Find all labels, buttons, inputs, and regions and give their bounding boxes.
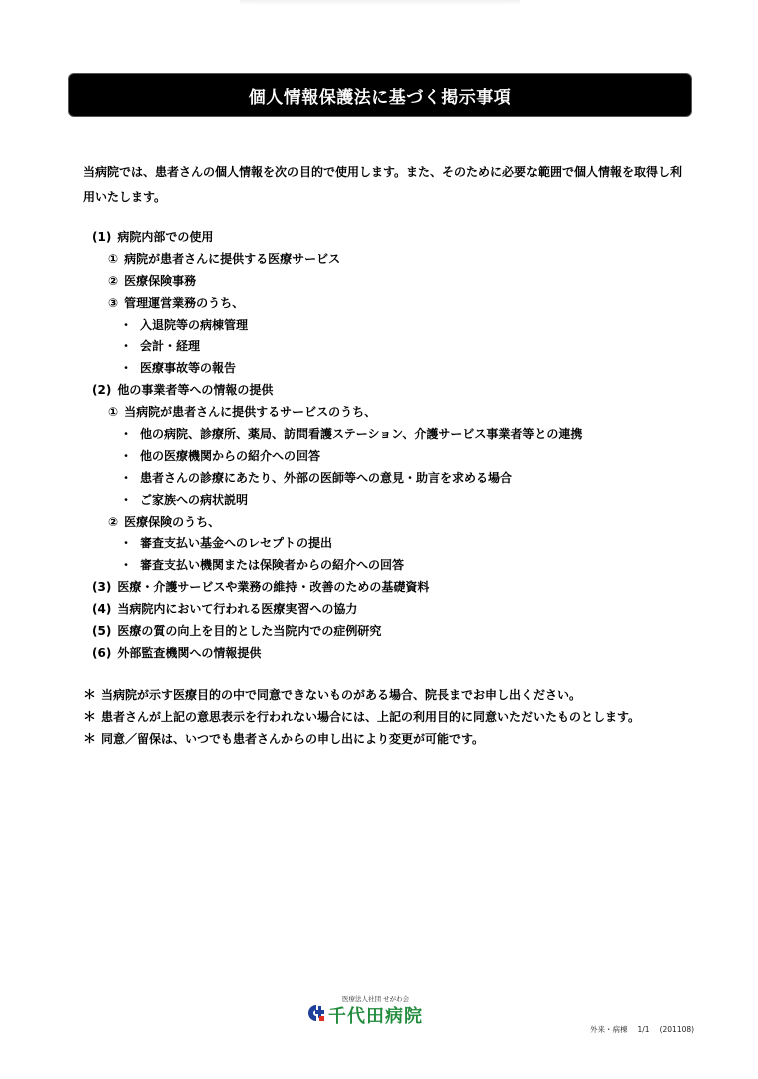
- list-item-text: 病院が患者さんに提供する医療サービス: [124, 252, 340, 266]
- note-text: 同意／留保は、いつでも患者さんからの申し出により変更が可能です。: [101, 732, 484, 746]
- page-label: 外来・病棟: [590, 1025, 628, 1034]
- hospital-logo: 医療法人社団 せがわ会 千代田病院: [304, 991, 454, 1027]
- note-text: 当病院が示す医療目的の中で同意できないものがある場合、院長までお申し出ください。: [101, 688, 581, 702]
- list-marker: (3): [92, 577, 111, 599]
- page-title: 個人情報保護法に基づく掲示事項: [249, 83, 512, 108]
- list-item: ・審査支払い基金へのレセプトの提出: [92, 533, 582, 555]
- list-item-text: 審査支払い機関または保険者からの紹介への回答: [140, 558, 404, 572]
- list-item: ・審査支払い機関または保険者からの紹介への回答: [92, 555, 582, 577]
- note-text: 患者さんが上記の意思表示を行われない場合には、上記の利用目的に同意いただいたもの…: [101, 710, 640, 724]
- list-marker: (5): [92, 621, 111, 643]
- notes-list: ＊当病院が示す医療目的の中で同意できないものがある場合、院長までお申し出ください…: [83, 684, 640, 750]
- list-item: ・他の病院、診療所、薬局、訪問看護ステーション、介護サービス事業者等との連携: [92, 424, 582, 446]
- list-marker: ・: [120, 358, 132, 380]
- list-marker: ①: [108, 249, 118, 271]
- list-item: ②医療保険事務: [92, 271, 582, 293]
- list-item-text: 他の病院、診療所、薬局、訪問看護ステーション、介護サービス事業者等との連携: [140, 427, 582, 441]
- asterisk-icon: ＊: [83, 707, 99, 729]
- list-item-text: 医療保険のうち、: [124, 515, 220, 529]
- title-banner: 個人情報保護法に基づく掲示事項: [68, 73, 692, 117]
- list-marker: (1): [92, 227, 111, 249]
- list-item-text: 当病院が患者さんに提供するサービスのうち、: [124, 405, 376, 419]
- list-item-text: 医療・介護サービスや業務の維持・改善のための基礎資料: [117, 580, 429, 594]
- list-item-text: 入退院等の病棟管理: [140, 318, 248, 332]
- list-marker: ・: [120, 490, 132, 512]
- list-item: (2)他の事業者等への情報の提供: [92, 380, 582, 402]
- list-item: ①病院が患者さんに提供する医療サービス: [92, 249, 582, 271]
- list-marker: (4): [92, 599, 111, 621]
- list-item-text: 医療保険事務: [124, 274, 196, 288]
- list-item: (6)外部監査機関への情報提供: [92, 643, 582, 665]
- list-item-text: 会計・経理: [140, 339, 200, 353]
- list-marker: ・: [120, 555, 132, 577]
- intro-paragraph: 当病院では、患者さんの個人情報を次の目的で使用します。また、そのために必要な範囲…: [83, 160, 693, 210]
- list-item: ・入退院等の病棟管理: [92, 315, 582, 337]
- list-item: (3)医療・介護サービスや業務の維持・改善のための基礎資料: [92, 577, 582, 599]
- list-item-text: 審査支払い基金へのレセプトの提出: [140, 536, 332, 550]
- revision-code: (201108): [660, 1025, 694, 1034]
- list-item: (5)医療の質の向上を目的とした当院内での症例研究: [92, 621, 582, 643]
- list-item-text: 患者さんの診療にあたり、外部の医師等への意見・助言を求める場合: [140, 471, 512, 485]
- list-marker: ・: [120, 424, 132, 446]
- list-marker: ②: [108, 271, 118, 293]
- asterisk-icon: ＊: [83, 685, 99, 707]
- list-item-text: 管理運営業務のうち、: [124, 296, 244, 310]
- list-item: ・患者さんの診療にあたり、外部の医師等への意見・助言を求める場合: [92, 468, 582, 490]
- list-marker: (2): [92, 380, 111, 402]
- hospital-cross-icon: [306, 1004, 326, 1022]
- list-item: ①当病院が患者さんに提供するサービスのうち、: [92, 402, 582, 424]
- list-item-text: 他の事業者等への情報の提供: [117, 383, 273, 397]
- list-item: ・ご家族への病状説明: [92, 490, 582, 512]
- list-marker: (6): [92, 643, 111, 665]
- note-item: ＊当病院が示す医療目的の中で同意できないものがある場合、院長までお申し出ください…: [83, 684, 640, 706]
- list-item: (1)病院内部での使用: [92, 227, 582, 249]
- list-marker: ・: [120, 336, 132, 358]
- list-item: ③管理運営業務のうち、: [92, 293, 582, 315]
- list-item-text: 外部監査機関への情報提供: [117, 646, 261, 660]
- list-item: ・他の医療機関からの紹介への回答: [92, 446, 582, 468]
- note-item: ＊同意／留保は、いつでも患者さんからの申し出により変更が可能です。: [83, 728, 640, 750]
- list-item-text: 医療の質の向上を目的とした当院内での症例研究: [117, 624, 381, 638]
- list-marker: ②: [108, 512, 118, 534]
- list-item-text: 当病院内において行われる医療実習への協力: [117, 602, 357, 616]
- list-item-text: 病院内部での使用: [117, 230, 213, 244]
- list-item: (4)当病院内において行われる医療実習への協力: [92, 599, 582, 621]
- list-item: ・会計・経理: [92, 336, 582, 358]
- asterisk-icon: ＊: [83, 729, 99, 751]
- page-code: 外来・病棟1/1(201108): [590, 1024, 704, 1035]
- list-marker: ・: [120, 446, 132, 468]
- list-marker: ①: [108, 402, 118, 424]
- list-marker: ③: [108, 293, 118, 315]
- list-marker: ・: [120, 468, 132, 490]
- list-item-text: ご家族への病状説明: [140, 493, 248, 507]
- list-item: ・医療事故等の報告: [92, 358, 582, 380]
- page-number: 1/1: [638, 1025, 650, 1034]
- hospital-name: 千代田病院: [328, 1002, 423, 1028]
- list-item-text: 医療事故等の報告: [140, 361, 236, 375]
- note-item: ＊患者さんが上記の意思表示を行われない場合には、上記の利用目的に同意いただいたも…: [83, 706, 640, 728]
- page-top-shadow: [240, 0, 520, 6]
- list-marker: ・: [120, 533, 132, 555]
- purpose-list: (1)病院内部での使用①病院が患者さんに提供する医療サービス②医療保険事務③管理…: [92, 227, 582, 665]
- list-item-text: 他の医療機関からの紹介への回答: [140, 449, 320, 463]
- list-marker: ・: [120, 315, 132, 337]
- list-item: ②医療保険のうち、: [92, 512, 582, 534]
